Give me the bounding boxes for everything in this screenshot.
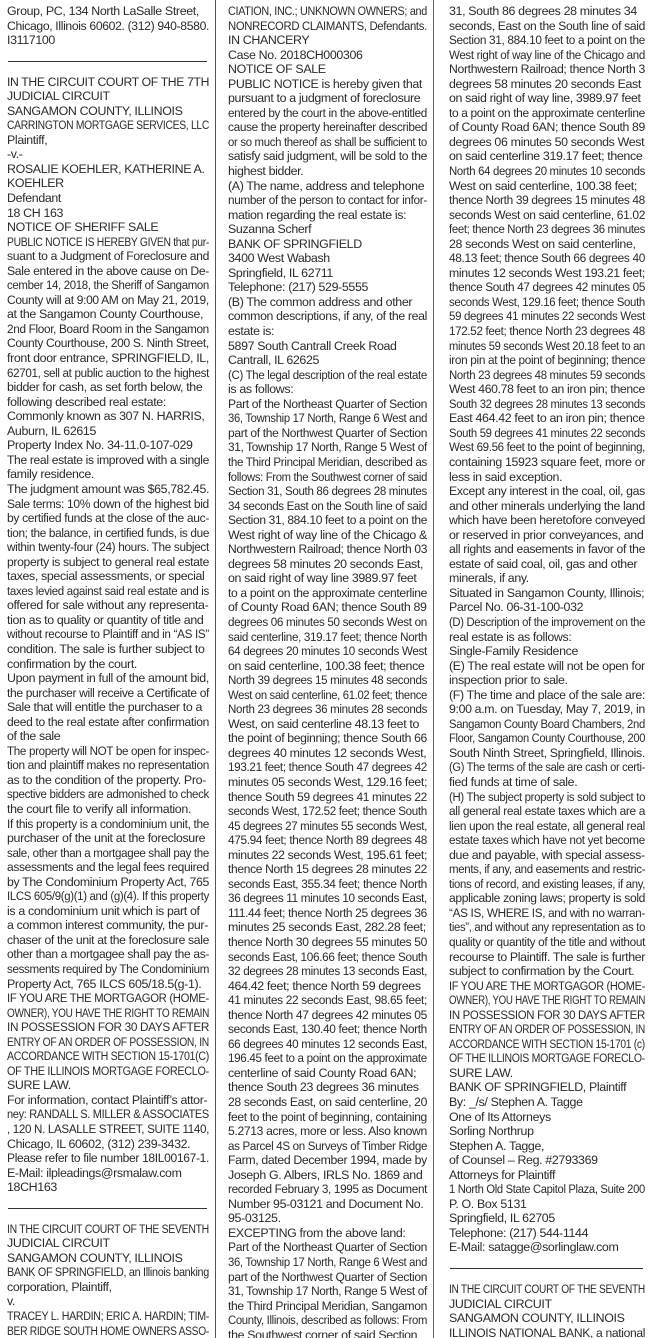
notice-text-line: 28 seconds West on said centerline,: [449, 237, 645, 252]
notice-text-line: 18CH163: [7, 1180, 209, 1195]
notice-text-line: thence North 47 degrees 42 minutes 05: [228, 1008, 421, 1023]
notice-text-line: ENTRY OF AN ORDER OF POSSESSION, IN: [7, 1035, 175, 1050]
notice-text-line: BANK OF SPRINGFIELD: [228, 237, 427, 252]
notice-text-line: ENTRY OF AN ORDER OF POSSESSION, IN: [449, 1022, 607, 1037]
notice-text-line: estate taxes which have not yet become: [449, 833, 634, 848]
notice-text-line: North 64 degrees 20 minutes 10 seconds: [449, 164, 629, 179]
notice-text-line: 18 CH 163: [7, 206, 209, 221]
notice-text-line: degrees 06 minutes 50 seconds West: [449, 135, 645, 150]
notice-text-line: degrees 58 minutes 20 seconds East,: [228, 557, 427, 572]
legal-notice: IN THE CIRCUIT COURT OF THE 7THJUDICIAL …: [7, 75, 209, 1195]
newspaper-legal-notices-page: Group, PC, 134 North LaSalle Street,Chic…: [0, 0, 649, 1338]
notice-text-line: Case No. 2018CH000306: [228, 48, 427, 63]
notice-text-line: TRACEY L. HARDIN; ERIC A. HARDIN; TIM-: [7, 1309, 180, 1324]
notice-text-line: is as follows:: [228, 382, 427, 397]
notice-text-line: of Counsel – Reg. #2793369: [449, 1153, 645, 1168]
notice-text-line: IN THE CIRCUIT COURT OF THE SEVENTH: [449, 1282, 610, 1297]
notice-text-line: sale, other than a mortgagee shall pay t…: [7, 846, 195, 861]
notice-text-line: Sangamon County Board Chambers, 2nd: [449, 717, 628, 732]
notice-text-line: (D) Description of the improvement on th…: [449, 615, 627, 630]
notice-text-line: sessments required by The Condominium: [7, 962, 196, 977]
legal-notice: 31, South 86 degrees 28 minutes 34second…: [449, 4, 645, 1255]
notice-text-line: the Third Principal Meridian, Sangamon: [228, 1299, 422, 1314]
notice-text-line: Situated in Sangamon County, Illinois;: [449, 586, 645, 601]
notice-text-line: JUDICIAL CIRCUIT: [7, 1236, 209, 1251]
notice-text-line: condition. The sale is further subject t…: [7, 642, 209, 657]
notice-text-line: less in said exception.: [449, 470, 645, 485]
notice-text-line: South 59 degrees 41 minutes 22 seconds: [449, 426, 627, 441]
notice-text-line: feet; thence North 23 degrees 36 minutes: [449, 222, 629, 237]
notice-text-line: common descriptions, if any, of the real: [228, 309, 425, 324]
notice-text-line: IF YOU ARE THE MORTGAGOR (HOME-: [449, 979, 623, 994]
notice-text-line: West 460.78 feet to an iron pin; thence: [449, 382, 642, 397]
notice-text-line: County Courthouse, 200 S. Ninth Street,: [7, 336, 203, 351]
notice-text-line: thence North 39 degrees 15 minutes 48: [449, 193, 637, 208]
notice-text-line: IN POSSESSION FOR 30 DAYS AFTER: [7, 1020, 199, 1035]
notice-text-line: ILCS 605/9(g)(1) and (g)(4). If this pro…: [7, 889, 193, 904]
notice-text-line: NONRECORD CLAIMANTS, Defendants.: [228, 19, 409, 34]
notice-text-line: of the sale: [7, 729, 209, 744]
notice-text-line: E-Mail: ilpleadings@rsmalaw.com: [7, 1166, 209, 1181]
notice-text-line: Except any interest in the coal, oil, ga…: [449, 484, 644, 499]
notice-text-line: minutes 25 seconds East, 282.28 feet;: [228, 920, 427, 935]
notice-text-line: recorded February 3, 1995 as Document: [228, 1182, 416, 1197]
notice-text-line: Telephone: (217) 544-1144: [449, 1226, 645, 1241]
notice-text-line: ACCORDANCE WITH SECTION 15-1701(C): [7, 1049, 180, 1064]
notice-text-line: real estate is as follows:: [449, 630, 645, 645]
notice-text-line: degrees 06 minutes 50 seconds West on: [228, 615, 415, 630]
notice-text-line: One of Its Attorneys: [449, 1110, 645, 1125]
notice-text-line: Sale that will entitle the purchaser to …: [7, 700, 209, 715]
notice-text-line: Sale entered in the above cause on De-: [7, 264, 206, 279]
notice-text-line: said centerline, 319.17 feet; thence Nor…: [228, 630, 415, 645]
notice-text-line: Parcel No. 06-31-100-032: [449, 600, 645, 615]
notice-text-line: seconds East, 130.40 feet; thence North: [228, 1022, 419, 1037]
notice-text-line: other than a mortgagee shall pay the as-: [7, 947, 203, 962]
notice-text-line: ties”, and without any representation as…: [449, 920, 628, 935]
notice-separator-rule: [450, 1268, 643, 1269]
notice-text-line: West 69.56 feet to the point of beginnin…: [449, 440, 631, 455]
notice-text-line: offered for sale without any representa-: [7, 598, 209, 613]
notice-text-line: West on said centerline, 100.38 feet;: [449, 179, 645, 194]
notice-text-line: minutes 22 seconds West, 195.61 feet;: [228, 848, 425, 863]
notice-text-line: Section 31, South 86 degrees 28 minutes: [228, 484, 413, 499]
notice-text-line: property is subject to general real esta…: [7, 555, 205, 570]
notice-text-line: 66 degrees 40 minutes 12 seconds East,: [228, 1037, 415, 1052]
notice-text-line: seconds West, 129.16 feet; thence South: [449, 295, 630, 310]
notice-text-line: pursuant to a judgment of foreclosure: [228, 91, 427, 106]
notice-text-line: by certified funds at the close of the a…: [7, 511, 204, 526]
notice-text-line: is a condominium unit which is part of: [7, 904, 209, 919]
notice-text-line: EXCEPTING from the above land:: [228, 1226, 427, 1241]
notice-text-line: Stephen A. Tagge,: [449, 1139, 645, 1154]
notice-text-line: spective bidders are admonished to check: [7, 787, 195, 802]
notice-text-line: OF THE ILLINOIS MORTGAGE FORECLO-: [449, 1051, 615, 1066]
legal-notice: CIATION, INC.; UNKNOWN OWNERS; andNONREC…: [228, 4, 427, 1338]
notice-text-line: following described real estate:: [7, 395, 209, 410]
notice-text-line: JUDICIAL CIRCUIT: [7, 89, 209, 104]
notice-text-line: seconds East, 355.34 feet; thence North: [228, 877, 419, 892]
notice-text-line: CARRINGTON MORTGAGE SERVICES, LLC: [7, 118, 175, 133]
notice-text-line: ACCORDANCE WITH SECTION 15-1701 (c): [449, 1037, 611, 1052]
notice-text-line: within twenty-four (24) hours. The subje…: [7, 540, 199, 555]
notice-text-line: 464.42 feet; thence North 59 degrees: [228, 979, 427, 994]
notice-text-line: 41 minutes 22 seconds East, 98.65 feet;: [228, 993, 419, 1008]
notice-text-line: all rights and easements in favor of the: [449, 542, 642, 557]
notice-text-line: tion; the balance, in certified funds, i…: [7, 526, 199, 541]
notice-text-line: 111.44 feet; thence North 25 degrees 36: [228, 906, 419, 921]
notice-text-line: North 39 degrees 15 minutes 48 seconds: [228, 673, 414, 688]
notice-text-line: Springfield, IL 62705: [449, 1211, 645, 1226]
notice-text-line: If this property is a condominium unit, …: [7, 817, 201, 832]
notice-text-line: 3400 West Wabash: [228, 251, 427, 266]
notice-text-line: as Parcel 4S on Surveys of Timber Ridge: [228, 1139, 414, 1154]
notice-text-line: OWNER), YOU HAVE THE RIGHT TO REMAIN: [449, 993, 602, 1008]
notice-text-line: SANGAMON COUNTY, ILLINOIS: [7, 104, 209, 119]
notice-text-line: minutes 12 seconds West 193.21 feet;: [449, 266, 643, 281]
notice-text-line: West, on said centerline 48.13 feet to: [228, 717, 427, 732]
notice-text-line: tions of record, and existing leases, if…: [449, 877, 629, 892]
notice-text-line: of County Road 6AN; thence South 89: [449, 120, 642, 135]
notice-text-line: 45 degrees 27 minutes 55 seconds West,: [228, 819, 413, 834]
notice-text-line: (A) The name, address and telephone: [228, 179, 427, 194]
notice-text-line: (H) The subject property is sold subject…: [449, 790, 629, 805]
notice-text-line: to a point on the approximate centerline: [228, 586, 422, 601]
notice-text-line: Part of the Northeast Quarter of Section: [228, 397, 422, 412]
notice-text-line: seconds East, 106.66 feet; thence South: [228, 950, 417, 965]
notice-text-line: or so much thereof as shall be sufficien…: [228, 135, 411, 150]
notice-text-line: 475.94 feet; thence North 89 degrees 48: [228, 833, 418, 848]
notice-text-line: all general real estate taxes which are …: [449, 804, 637, 819]
notice-text-line: “AS IS, WHERE IS, and with no warran-: [449, 906, 635, 921]
notice-text-line: cember 14, 2018, the Sheriff of Sangamon: [7, 278, 193, 293]
notice-text-line: Springfield, IL 62711: [228, 266, 427, 281]
notice-text-line: part of the Northwest Quarter of Section: [228, 426, 421, 441]
column-1: Group, PC, 134 North LaSalle Street,Chic…: [0, 0, 215, 1338]
notice-text-line: East 464.42 feet to an iron pin; thence: [449, 411, 645, 426]
notice-text-line: deed to the real estate after confirmati…: [7, 715, 203, 730]
notice-text-line: ney: RANDALL S. MILLER & ASSOCIATES: [7, 1107, 186, 1122]
notice-text-line: IF YOU ARE THE MORTGAGOR (HOME-: [7, 991, 191, 1006]
notice-text-line: purchaser of the unit at the foreclosure: [7, 831, 209, 846]
notice-text-line: which have been heretofore conveyed: [449, 513, 644, 528]
notice-text-line: 31, South 86 degrees 28 minutes 34: [449, 4, 645, 19]
notice-text-line: thence South 59 degrees 41 minutes 22: [228, 790, 419, 805]
notice-text-line: For information, contact Plaintiff’s att…: [7, 1093, 209, 1108]
notice-text-line: fied funds at time of sale.: [449, 775, 645, 790]
notice-text-line: tion as to quality or quantity of title …: [7, 613, 209, 628]
notice-text-line: the court file to verify all information…: [7, 802, 209, 817]
notice-text-line: E-Mail: satagge@sorlinglaw.com: [449, 1240, 645, 1255]
notice-text-line: feet to the point of beginning, containi…: [228, 1110, 421, 1125]
notice-text-line: OWNER), YOU HAVE THE RIGHT TO REMAIN: [7, 1006, 170, 1021]
notice-text-line: cause the property hereinafter described: [228, 120, 418, 135]
notice-text-line: taxes, special assessments, or special: [7, 569, 209, 584]
legal-notice: IN THE CIRCUIT COURT OF THE SEVENTHJUDIC…: [449, 1282, 645, 1338]
notice-text-line: Section 31, 884.10 feet to a point on th…: [228, 513, 421, 528]
notice-text-line: 36, Township 17 North, Range 6 West and: [228, 411, 409, 426]
notice-text-line: 36, Township 17 North, Range 6 West and: [228, 1255, 409, 1270]
notice-text-line: 62701, sell at public auction to the hig…: [7, 366, 196, 381]
notice-text-line: on said right of way line 3989.97 feet: [228, 571, 427, 586]
notice-text-line: Suzanna Scherf: [228, 222, 427, 237]
notice-text-line: Number 95-03121 and Document No.: [228, 1197, 427, 1212]
notice-text-line: as to the condition of the property. Pro…: [7, 773, 209, 788]
notice-text-line: the Third Principal Meridian, described …: [228, 455, 414, 470]
notice-text-line: 5.2713 acres, more or less. Also known: [228, 1124, 423, 1139]
legal-notice: IN THE CIRCUIT COURT OF THE SEVENTHJUDIC…: [7, 1222, 209, 1338]
notice-text-line: By: _/s/ Stephen A. Tagge: [449, 1095, 645, 1110]
notice-text-line: to a point on the approximate centerline: [449, 106, 638, 121]
notice-text-line: South 32 degrees 28 minutes 13 seconds: [449, 397, 627, 412]
notice-text-line: West right of way line of the Chicago &: [228, 528, 427, 543]
notice-text-line: I3117100: [7, 33, 209, 48]
notice-text-line: on said centerline, 100.38 feet; thence: [228, 659, 427, 674]
notice-text-line: ments, if any, and easements and restric…: [449, 862, 630, 877]
notice-text-line: by The Condominium Property Act, 765: [7, 875, 208, 890]
notice-text-line: 31, Township 17 North, Range 5 West of: [228, 440, 418, 455]
notice-text-line: 31, Township 17 North, Range 5 West of: [228, 1284, 418, 1299]
notice-text-line: suant to a Judgment of Foreclosure and: [7, 249, 205, 264]
notice-text-line: Floor, Sangamon County Courthouse, 200: [449, 731, 625, 746]
notice-text-line: County will at 9:00 AM on May 21, 2019,: [7, 293, 203, 308]
notice-text-line: 36 degrees 11 minutes 10 seconds East,: [228, 891, 416, 906]
notice-text-line: 193.21 feet; thence South 47 degrees 42: [228, 760, 416, 775]
notice-text-line: v.: [7, 1294, 209, 1309]
notice-separator-rule: [8, 1208, 207, 1209]
notice-text-line: Chicago, IL 60602, (312) 239-3432.: [7, 1137, 209, 1152]
notice-text-line: front door entrance, SPRINGFIELD, IL,: [7, 351, 209, 366]
legal-notice-continued: Group, PC, 134 North LaSalle Street,Chic…: [7, 4, 209, 48]
notice-text-line: Part of the Northeast Quarter of Section: [228, 1240, 422, 1255]
notice-text-line: Farm, dated December 1994, made by: [228, 1153, 425, 1168]
notice-text-line: SURE LAW.: [7, 1078, 209, 1093]
notice-text-line: taxes levied against said real estate an…: [7, 584, 195, 599]
notice-text-line: Northwestern Railroad; thence North 03: [228, 542, 421, 557]
notice-text-line: Single-Family Residence: [449, 644, 645, 659]
column-2: CIATION, INC.; UNKNOWN OWNERS; andNONREC…: [215, 0, 433, 1338]
notice-text-line: South Ninth Street, Springfield, Illinoi…: [449, 746, 644, 761]
notice-text-line: Cantrall, IL 62625: [228, 353, 427, 368]
notice-text-line: 64 degrees 20 minutes 10 seconds West: [228, 644, 415, 659]
notice-text-line: BANK OF SPRINGFIELD, an Illinois banking: [7, 1265, 183, 1280]
notice-text-line: ILLINOIS NATIONAL BANK, a national: [449, 1326, 640, 1338]
notice-text-line: at the Sangamon County Courthouse,: [7, 307, 209, 322]
notice-text-line: (E) The real estate will not be open for: [449, 659, 645, 674]
notice-text-line: on said right of way line, 3989.97 feet: [449, 91, 645, 106]
notice-text-line: Plaintiff,: [7, 133, 209, 148]
column-3: 31, South 86 degrees 28 minutes 34second…: [433, 0, 649, 1338]
notice-text-line: The judgment amount was $65,782.45.: [7, 482, 208, 497]
notice-text-line: family residence.: [7, 467, 209, 482]
notice-text-line: North 23 degrees 48 minutes 59 seconds: [449, 368, 629, 383]
notice-text-line: entered by the court in the above-entitl…: [228, 106, 416, 121]
notice-text-line: Property Act, 765 ILCS 605/18.5(g-1).: [7, 977, 209, 992]
notice-text-line: IN CHANCERY: [228, 33, 427, 48]
notice-text-line: the purchaser will receive a Certificate…: [7, 686, 203, 701]
notice-text-line: Section 31, 884.10 feet to a point on th…: [449, 33, 636, 48]
notice-text-line: PUBLIC NOTICE IS HEREBY GIVEN that pur-: [7, 235, 175, 250]
notice-text-line: due and payable, with special assess-: [449, 848, 645, 863]
notice-separator-rule: [8, 61, 207, 62]
notice-text-line: 48.13 feet; thence South 66 degrees 40: [449, 251, 637, 266]
notice-text-line: quality or quantity of the title and wit…: [449, 935, 636, 950]
notice-text-line: KOEHLER: [7, 176, 209, 191]
notice-text-line: Northwestern Railroad; thence North 3: [449, 62, 642, 77]
notice-text-line: highest bidder.: [228, 164, 427, 179]
notice-text-line: The real estate is improved with a singl…: [7, 453, 204, 468]
notice-text-line: SURE LAW.: [449, 1066, 645, 1081]
notice-text-line: degrees 40 minutes 12 seconds West,: [228, 746, 427, 761]
notice-text-line: without recourse to Plaintiff and in “AS…: [7, 627, 198, 642]
notice-text-line: 28 seconds East, on said centerline, 20: [228, 1095, 423, 1110]
notice-text-line: a common interest community, the pur-: [7, 918, 209, 933]
notice-text-line: P. O. Box 5131: [449, 1197, 645, 1212]
notice-text-line: and other minerals underlying the land: [449, 499, 643, 514]
notice-text-line: inspection prior to sale.: [449, 673, 645, 688]
notice-text-line: ROSALIE KOEHLER, KATHERINE A.: [7, 162, 209, 177]
notice-text-line: JUDICIAL CIRCUIT: [449, 1297, 645, 1312]
notice-text-line: of County Road 6AN; thence South 89: [228, 600, 427, 615]
notice-text-line: 59 degrees 41 minutes 22 seconds West: [449, 309, 631, 324]
notice-text-line: Please refer to file number 18IL00167-1.: [7, 1151, 203, 1166]
notice-text-line: North 23 degrees 36 minutes 28 seconds: [228, 702, 414, 717]
notice-text-line: Attorneys for Plaintiff: [449, 1168, 645, 1183]
notice-text-line: PUBLIC NOTICE is hereby given that: [228, 77, 427, 92]
notice-text-line: Sorling Northrup: [449, 1124, 645, 1139]
notice-text-line: Commonly known as 307 N. HARRIS,: [7, 409, 209, 424]
notice-text-line: or reserved in prior conveyances, and: [449, 528, 645, 543]
notice-text-line: satisfy said judgment, will be sold to t…: [228, 149, 423, 164]
notice-text-line: IN THE CIRCUIT COURT OF THE SEVENTH: [7, 1222, 177, 1237]
notice-text-line: Group, PC, 134 North LaSalle Street,: [7, 4, 209, 19]
notice-text-line: the point of beginning; thence South 66: [228, 731, 424, 746]
notice-text-line: tion and plaintiff makes no representati…: [7, 758, 200, 773]
notice-text-line: number of the person to contact for info…: [228, 193, 417, 208]
notice-text-line: thence South 47 degrees 42 minutes 05: [449, 280, 635, 295]
notice-text-line: Sale terms: 10% down of the highest bid: [7, 497, 203, 512]
notice-text-line: Chicago, Illinois 60602. (312) 940-8580.: [7, 19, 205, 34]
notice-text-line: 1 North Old State Capitol Plaza, Suite 2…: [449, 1182, 626, 1197]
notice-text-line: mation regarding the real estate is:: [228, 208, 427, 223]
notice-text-line: seconds West, 172.52 feet; thence South: [228, 804, 414, 819]
notice-text-line: the Southwest corner of said Section: [228, 1328, 427, 1338]
notice-text-line: containing 15923 square feet, more or: [449, 455, 645, 470]
notice-text-line: corporation, Plaintiff,: [7, 1280, 209, 1295]
notice-text-line: estate is:: [228, 324, 427, 339]
notice-text-line: applicable zoning laws; property is sold: [449, 891, 640, 906]
notice-text-line: thence South 23 degrees 36 minutes: [228, 1080, 427, 1095]
notice-text-line: 2nd Floor, Board Room in the Sangamon: [7, 322, 199, 337]
notice-text-line: IN POSSESSION FOR 30 DAYS AFTER: [449, 1008, 630, 1023]
notice-text-line: BER RIDGE SOUTH HOME OWNERS ASSO-: [7, 1324, 174, 1338]
notice-text-line: seconds, East on the South line of said: [449, 19, 640, 34]
notice-text-line: NOTICE OF SALE: [228, 62, 427, 77]
notice-text-line: degrees 58 minutes 20 seconds East: [449, 77, 645, 92]
notice-text-line: bidder for cash, as set forth below, the: [7, 380, 209, 395]
notice-text-line: 32 degrees 28 minutes 13 seconds East,: [228, 964, 415, 979]
notice-text-line: chaser of the unit at the foreclosure sa…: [7, 933, 205, 948]
notice-text-line: minutes 59 seconds West 20.18 feet to an: [449, 339, 626, 354]
notice-text-line: lien upon the real estate, all general r…: [449, 819, 636, 834]
notice-text-line: thence North 15 degrees 28 minutes 22: [228, 862, 421, 877]
notice-text-line: thence North 30 degrees 55 minutes 50: [228, 935, 421, 950]
notice-text-line: Upon payment in full of the amount bid,: [7, 671, 209, 686]
notice-text-line: 196.45 feet to a point on the approximat…: [228, 1051, 415, 1066]
notice-text-line: (G) The terms of the sale are cash or ce…: [449, 760, 625, 775]
notice-text-line: part of the Northwest Quarter of Section: [228, 1270, 421, 1285]
notice-text-line: West right of way line of the Chicago an…: [449, 48, 631, 63]
notice-text-line: 95-03125.: [228, 1211, 427, 1226]
notice-text-line: minerals, if any.: [449, 571, 645, 586]
notice-text-line: estate of said coal, oil, gas and other: [449, 557, 645, 572]
notice-text-line: confirmation by the court.: [7, 657, 209, 672]
notice-text-line: 172.52 feet; thence North 23 degrees 48: [449, 324, 633, 339]
notice-text-line: iron pin at the point of beginning; then…: [449, 353, 636, 368]
notice-text-line: SANGAMON COUNTY, ILLINOIS: [7, 1251, 209, 1266]
notice-text-line: Auburn, IL 62615: [7, 424, 209, 439]
notice-text-line: County, Illinois, described as follows: …: [228, 1313, 409, 1328]
notice-text-line: (B) The common address and other: [228, 295, 427, 310]
notice-text-line: 9:00 a.m. on Tuesday, May 7, 2019, in: [449, 702, 644, 717]
notice-text-line: Joseph G. Albers, IRLS No. 1869 and: [228, 1168, 427, 1183]
notice-text-line: Property Index No. 34-11.0-107-029: [7, 438, 209, 453]
notice-text-line: The property will NOT be open for inspec…: [7, 744, 196, 759]
notice-text-line: OF THE ILLINOIS MORTGAGE FORECLO-: [7, 1064, 184, 1079]
notice-text-line: , 120 N. LASALLE STREET, SUITE 1140,: [7, 1122, 196, 1137]
notice-text-line: NOTICE OF SHERIFF SALE: [7, 220, 209, 235]
notice-text-line: seconds West on said centerline, 61.02: [449, 208, 639, 223]
notice-text-line: (C) The legal description of the real es…: [228, 368, 412, 383]
notice-text-line: Defendant: [7, 191, 209, 206]
notice-text-line: -v.-: [7, 147, 209, 162]
notice-text-line: on said centerline 319.17 feet; thence: [449, 149, 645, 164]
notice-text-line: BANK OF SPRINGFIELD, Plaintiff: [449, 1080, 645, 1095]
notice-text-line: centerline of said County Road 6AN;: [228, 1066, 427, 1081]
notice-text-line: IN THE CIRCUIT COURT OF THE 7TH: [7, 75, 206, 90]
notice-text-line: follows: From the Southwest corner of sa…: [228, 470, 408, 485]
notice-text-line: CIATION, INC.; UNKNOWN OWNERS; and: [228, 4, 402, 19]
notice-text-line: Telephone: (217) 529-5555: [228, 280, 427, 295]
notice-text-line: assessments and the legal fees required: [7, 860, 202, 875]
notice-text-line: subject to confirmation by the Court.: [449, 964, 645, 979]
notice-text-line: 5897 South Cantrall Creek Road: [228, 339, 427, 354]
notice-text-line: SANGAMON COUNTY, ILLINOIS: [449, 1311, 645, 1326]
notice-text-line: (F) The time and place of the sale are:: [449, 688, 645, 703]
notice-text-line: 34 seconds East on the South line of sai…: [228, 499, 413, 514]
notice-text-line: recourse to Plaintiff. The sale is furth…: [449, 950, 644, 965]
notice-text-line: minutes 05 seconds West, 129.16 feet;: [228, 775, 425, 790]
notice-text-line: West on said centerline, 61.02 feet; the…: [228, 688, 408, 703]
